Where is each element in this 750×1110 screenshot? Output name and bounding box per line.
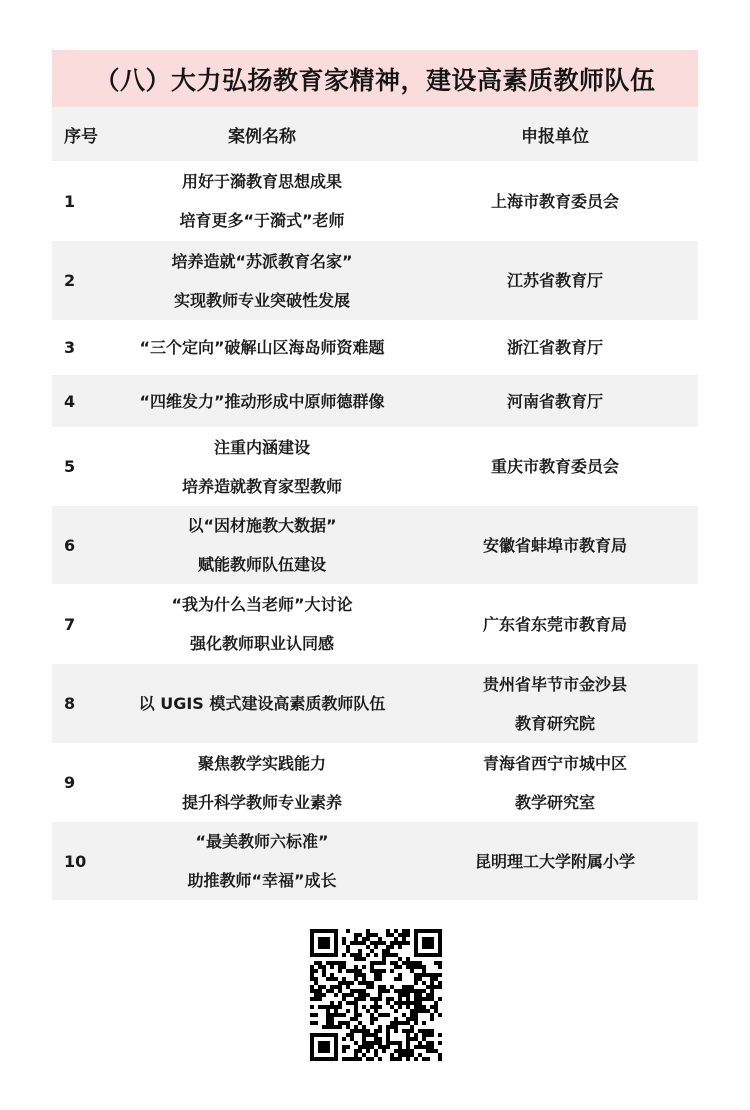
case-name: “三个定向”破解山区海岛师资难题 — [112, 328, 412, 367]
case-name: “我为什么当老师”大讨论强化教师职业认同感 — [112, 585, 412, 663]
applicant-unit: 重庆市教育委员会 — [412, 447, 698, 486]
applicant-unit-line: 河南省教育厅 — [412, 382, 698, 421]
case-name-line: “我为什么当老师”大讨论 — [112, 585, 412, 624]
applicant-unit-line: 贵州省毕节市金沙县 — [412, 665, 698, 704]
applicant-unit: 广东省东莞市教育局 — [412, 605, 698, 644]
table-body: 1用好于漪教育思想成果培育更多“于漪式”老师上海市教育委员会2培养造就“苏派教育… — [52, 161, 698, 900]
table-row: 9聚焦教学实践能力提升科学教师专业素养青海省西宁市城中区教学研究室 — [52, 743, 698, 822]
table-row: 5注重内涵建设培养造就教育家型教师重庆市教育委员会 — [52, 427, 698, 506]
case-name-line: “最美教师六标准” — [112, 822, 412, 861]
applicant-unit: 河南省教育厅 — [412, 382, 698, 421]
applicant-unit: 江苏省教育厅 — [412, 261, 698, 300]
case-name: 注重内涵建设培养造就教育家型教师 — [112, 428, 412, 506]
case-name: 以“因材施教大数据”赋能教师队伍建设 — [112, 506, 412, 584]
section-title: （八）大力弘扬教育家精神，建设高素质教师队伍 — [94, 61, 655, 97]
case-name: 用好于漪教育思想成果培育更多“于漪式”老师 — [112, 162, 412, 240]
case-name: “最美教师六标准”助推教师“幸福”成长 — [112, 822, 412, 900]
applicant-unit: 昆明理工大学附属小学 — [412, 842, 698, 881]
case-name-line: “三个定向”破解山区海岛师资难题 — [112, 328, 412, 367]
case-name: “四维发力”推动形成中原师德群像 — [112, 382, 412, 421]
case-name: 以 UGIS 模式建设高素质教师队伍 — [112, 684, 412, 723]
row-number: 1 — [52, 192, 112, 211]
case-name-line: 实现教师专业突破性发展 — [112, 281, 412, 320]
applicant-unit-line: 浙江省教育厅 — [412, 328, 698, 367]
case-name: 聚焦教学实践能力提升科学教师专业素养 — [112, 744, 412, 822]
case-name: 培养造就“苏派教育名家”实现教师专业突破性发展 — [112, 242, 412, 320]
case-name-line: 提升科学教师专业素养 — [112, 783, 412, 822]
case-name-line: 助推教师“幸福”成长 — [112, 861, 412, 900]
row-number: 5 — [52, 457, 112, 476]
case-name-line: 用好于漪教育思想成果 — [112, 162, 412, 201]
table-row: 8以 UGIS 模式建设高素质教师队伍贵州省毕节市金沙县教育研究院 — [52, 664, 698, 743]
applicant-unit-line: 广东省东莞市教育局 — [412, 605, 698, 644]
header-no: 序号 — [52, 122, 112, 147]
case-name-line: 培养造就教育家型教师 — [112, 467, 412, 506]
case-name-line: 培养造就“苏派教育名家” — [112, 242, 412, 281]
table-header: 序号 案例名称 申报单位 — [52, 107, 698, 161]
row-number: 10 — [52, 852, 112, 871]
table-row: 3“三个定向”破解山区海岛师资难题浙江省教育厅 — [52, 320, 698, 375]
case-name-line: 以“因材施教大数据” — [112, 506, 412, 545]
row-number: 8 — [52, 694, 112, 713]
row-number: 9 — [52, 773, 112, 792]
section-title-band: （八）大力弘扬教育家精神，建设高素质教师队伍 — [52, 50, 698, 107]
case-name-line: 赋能教师队伍建设 — [112, 545, 412, 584]
applicant-unit-line: 江苏省教育厅 — [412, 261, 698, 300]
applicant-unit: 贵州省毕节市金沙县教育研究院 — [412, 665, 698, 743]
table-row: 4“四维发力”推动形成中原师德群像河南省教育厅 — [52, 375, 698, 427]
table-row: 10“最美教师六标准”助推教师“幸福”成长昆明理工大学附属小学 — [52, 822, 698, 900]
case-name-line: 强化教师职业认同感 — [112, 624, 412, 663]
row-number: 4 — [52, 392, 112, 411]
case-name-line: 聚焦教学实践能力 — [112, 744, 412, 783]
applicant-unit-line: 上海市教育委员会 — [412, 182, 698, 221]
case-name-line: 注重内涵建设 — [112, 428, 412, 467]
case-name-line: 以 UGIS 模式建设高素质教师队伍 — [112, 684, 412, 723]
applicant-unit: 浙江省教育厅 — [412, 328, 698, 367]
applicant-unit-line: 重庆市教育委员会 — [412, 447, 698, 486]
applicant-unit-line: 教育研究院 — [412, 704, 698, 743]
row-number: 6 — [52, 536, 112, 555]
applicant-unit-line: 安徽省蚌埠市教育局 — [412, 526, 698, 565]
row-number: 3 — [52, 338, 112, 357]
applicant-unit-line: 教学研究室 — [412, 783, 698, 822]
applicant-unit-line: 青海省西宁市城中区 — [412, 744, 698, 783]
table-row: 6以“因材施教大数据”赋能教师队伍建设安徽省蚌埠市教育局 — [52, 506, 698, 584]
header-name: 案例名称 — [112, 122, 412, 147]
table-row: 7“我为什么当老师”大讨论强化教师职业认同感广东省东莞市教育局 — [52, 584, 698, 664]
case-name-line: 培育更多“于漪式”老师 — [112, 201, 412, 240]
case-table: （八）大力弘扬教育家精神，建设高素质教师队伍 序号 案例名称 申报单位 1用好于… — [52, 50, 698, 900]
applicant-unit: 上海市教育委员会 — [412, 182, 698, 221]
row-number: 7 — [52, 615, 112, 634]
table-row: 2培养造就“苏派教育名家”实现教师专业突破性发展江苏省教育厅 — [52, 241, 698, 320]
table-row: 1用好于漪教育思想成果培育更多“于漪式”老师上海市教育委员会 — [52, 161, 698, 241]
row-number: 2 — [52, 271, 112, 290]
applicant-unit: 安徽省蚌埠市教育局 — [412, 526, 698, 565]
header-unit: 申报单位 — [412, 122, 698, 147]
qr-code-icon — [310, 929, 442, 1061]
applicant-unit-line: 昆明理工大学附属小学 — [412, 842, 698, 881]
case-name-line: “四维发力”推动形成中原师德群像 — [112, 382, 412, 421]
applicant-unit: 青海省西宁市城中区教学研究室 — [412, 744, 698, 822]
